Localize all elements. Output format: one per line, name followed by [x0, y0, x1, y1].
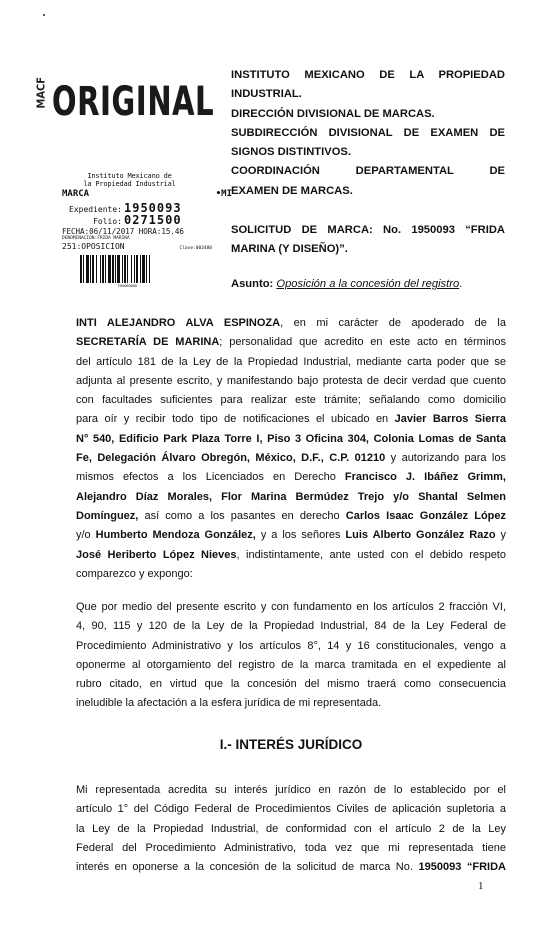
text-line: rubro citado, en virtud que la concesión…	[76, 675, 506, 694]
receipt-type-code: •MI	[216, 189, 232, 199]
text-line: mismos efectos a los Licenciados en Dere…	[76, 468, 506, 487]
folio-label: Folio:	[62, 217, 122, 227]
text-line: con facultades suficientes para realizar…	[76, 391, 506, 410]
text-line: INTI ALEJANDRO ALVA ESPINOZA, en mi cará…	[76, 314, 506, 333]
addressee-line: EXAMEN DE MARCAS.	[231, 182, 505, 201]
paragraph-opposition: Que por medio del presente escrito y con…	[76, 598, 506, 714]
receipt-type: MARCA	[62, 189, 89, 199]
paragraph-appearance: INTI ALEJANDRO ALVA ESPINOZA, en mi cará…	[76, 314, 506, 584]
text-line: interés en oponerse a la concesión de la…	[76, 858, 506, 877]
original-stamp-text: ORIGINAL	[52, 82, 214, 122]
addressee-line: COORDINACIÓN DEPARTAMENTAL DE	[231, 162, 505, 181]
scan-speck	[43, 14, 45, 16]
paragraph-legal-interest: Mi representada acredita su interés jurí…	[76, 781, 506, 877]
section-title: I.- INTERÉS JURÍDICO	[76, 737, 506, 752]
folio-number: 0271500	[124, 213, 182, 227]
page-number: 1	[478, 880, 484, 892]
text-line: Fe, Delegación Álvaro Obregón, México, D…	[76, 449, 506, 468]
text-line: ineludible la afectación a la esfera jur…	[76, 694, 506, 713]
text-line: del artículo 181 de la Ley de la Propied…	[76, 353, 506, 372]
addressee-line: INSTITUTO MEXICANO DE LA PROPIEDAD	[231, 66, 505, 85]
receipt-date-time: FECHA:06/11/2017 HORA:15.46	[62, 227, 232, 236]
application-reference-line1: SOLICITUD DE MARCA: No. 1950093 “FRIDA	[231, 221, 505, 240]
addressee-line: DIRECCIÓN DIVISIONAL DE MARCAS.	[231, 105, 505, 124]
text-line: Mi representada acredita su interés jurí…	[76, 781, 506, 800]
addressee-block: INSTITUTO MEXICANO DE LA PROPIEDAD INDUS…	[231, 66, 505, 201]
addressee-line: SIGNOS DISTINTIVOS.	[231, 143, 505, 162]
subject-label: Asunto:	[231, 278, 273, 290]
text-line: Federal del Procedimiento Administrativo…	[76, 839, 506, 858]
text-line: José Heriberto López Nieves, indistintam…	[76, 546, 506, 565]
expediente-label: Expediente:	[62, 205, 122, 215]
addressee-line: SUBDIRECCIÓN DIVISIONAL DE EXAMEN DE	[231, 124, 505, 143]
text-line: Procedimiento Administrativo y los artíc…	[76, 637, 506, 656]
text-line: oponerme al otorgamiento del registro de…	[76, 656, 506, 675]
text-line: 4, 90, 115 y 120 de la Ley de la Propied…	[76, 617, 506, 636]
text-line: SECRETARÍA DE MARINA; personalidad que a…	[76, 333, 506, 352]
impi-receipt-stamp: Instituto Mexicano de la Propiedad Indus…	[62, 172, 232, 251]
barcode-caption: F00000000	[118, 284, 137, 288]
text-line: Alejandro Díaz Morales, Flor Marina Berm…	[76, 488, 506, 507]
subject-period: .	[459, 278, 462, 290]
text-line: Que por medio del presente escrito y con…	[76, 598, 506, 617]
barcode	[80, 255, 188, 283]
text-line: para oír y recibir todo tipo de notifica…	[76, 410, 506, 429]
subject-line: Asunto: Oposición a la concesión del reg…	[231, 278, 462, 290]
subject-text: Oposición a la concesión del registro	[276, 278, 459, 290]
receipt-institution-line2: la Propiedad Industrial	[62, 180, 197, 188]
text-line: Domínguez, así como a los pasantes en de…	[76, 507, 506, 526]
document-page: MACF ORIGINAL Instituto Mexicano de la P…	[0, 0, 555, 928]
receipt-institution-line1: Instituto Mexicano de	[62, 172, 197, 180]
text-line: artículo 1° del Código Federal de Proced…	[76, 800, 506, 819]
original-stamp-side-text: MACF	[35, 95, 48, 109]
receipt-clave: Clave:003488	[179, 246, 212, 251]
text-line: la Ley de la Propiedad Industrial, de co…	[76, 820, 506, 839]
addressee-line: INDUSTRIAL.	[231, 85, 505, 104]
text-line: comparezco y expongo:	[76, 565, 506, 584]
application-reference: SOLICITUD DE MARCA: No. 1950093 “FRIDA M…	[231, 221, 505, 260]
text-line: adjunta al presente escrito, y manifesta…	[76, 372, 506, 391]
text-line: y/o Humberto Mendoza González, y a los s…	[76, 526, 506, 545]
text-line: N° 540, Edificio Park Plaza Torre I, Pis…	[76, 430, 506, 449]
application-reference-line2: MARINA (Y DISEÑO)”.	[231, 240, 505, 259]
receipt-procedure: 251:OPOSICION	[62, 242, 125, 251]
